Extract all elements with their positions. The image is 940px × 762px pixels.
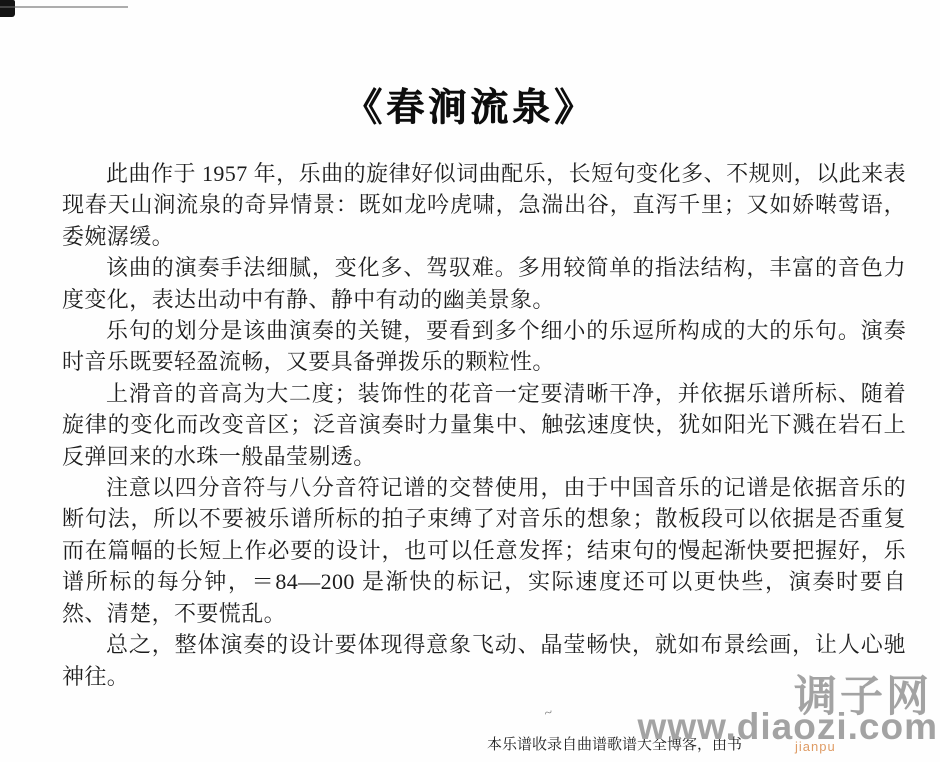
paragraph: 注意以四分音符与八分音符记谱的交替使用，由于中国音乐的记谱是依据音乐的断句法，所… [62,472,906,629]
article-body: 此曲作于 1957 年，乐曲的旋律好似词曲配乐，长短句变化多、不规则，以此来表现… [62,158,906,692]
scan-corner-mark [0,0,15,17]
scan-scratch-mark: ~ [543,705,554,722]
site-watermark-url: www.diaozi.com [638,708,938,745]
paragraph: 该曲的演奏手法细腻，变化多、驾驭难。多用较简单的指法结构，丰富的音色力度变化，表… [62,252,906,315]
paragraph: 上滑音的音高为大二度；装饰性的花音一定要清晰干净，并依据乐谱所标、随着旋律的变化… [62,378,906,472]
paragraph: 乐句的划分是该曲演奏的关键，要看到多个细小的乐逗所构成的大的乐句。演奏时音乐既要… [62,315,906,378]
page-title: 《春涧流泉》 [0,76,940,131]
paragraph: 总之，整体演奏的设计要体现得意象飞动、晶莹畅快，就如布景绘画，让人心驰神往。 [62,629,906,692]
paragraph: 此曲作于 1957 年，乐曲的旋律好似词曲配乐，长短句变化多、不规则，以此来表现… [62,158,906,252]
scan-top-line [0,6,128,8]
